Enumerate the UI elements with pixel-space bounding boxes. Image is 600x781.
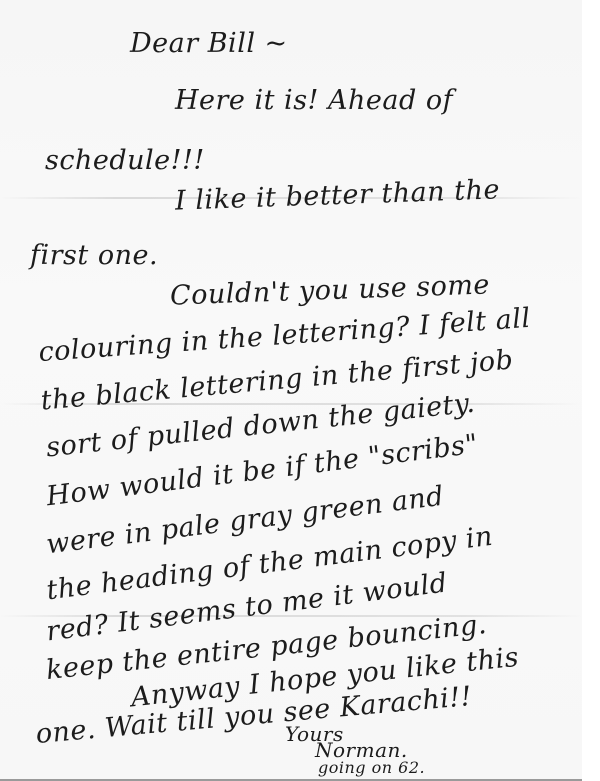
letter-line: first one. bbox=[30, 240, 158, 271]
postscript: going on 62. bbox=[318, 758, 425, 777]
letter-paper: Dear Bill ~ Here it is! Ahead of schedul… bbox=[0, 0, 582, 781]
salutation: Dear Bill ~ bbox=[130, 28, 288, 59]
letter-line: Here it is! Ahead of bbox=[175, 85, 453, 116]
letter-line: schedule!!! bbox=[45, 145, 205, 176]
letter-line: I like it better than the bbox=[175, 174, 501, 216]
letter-line: Couldn't you use some bbox=[170, 269, 491, 311]
